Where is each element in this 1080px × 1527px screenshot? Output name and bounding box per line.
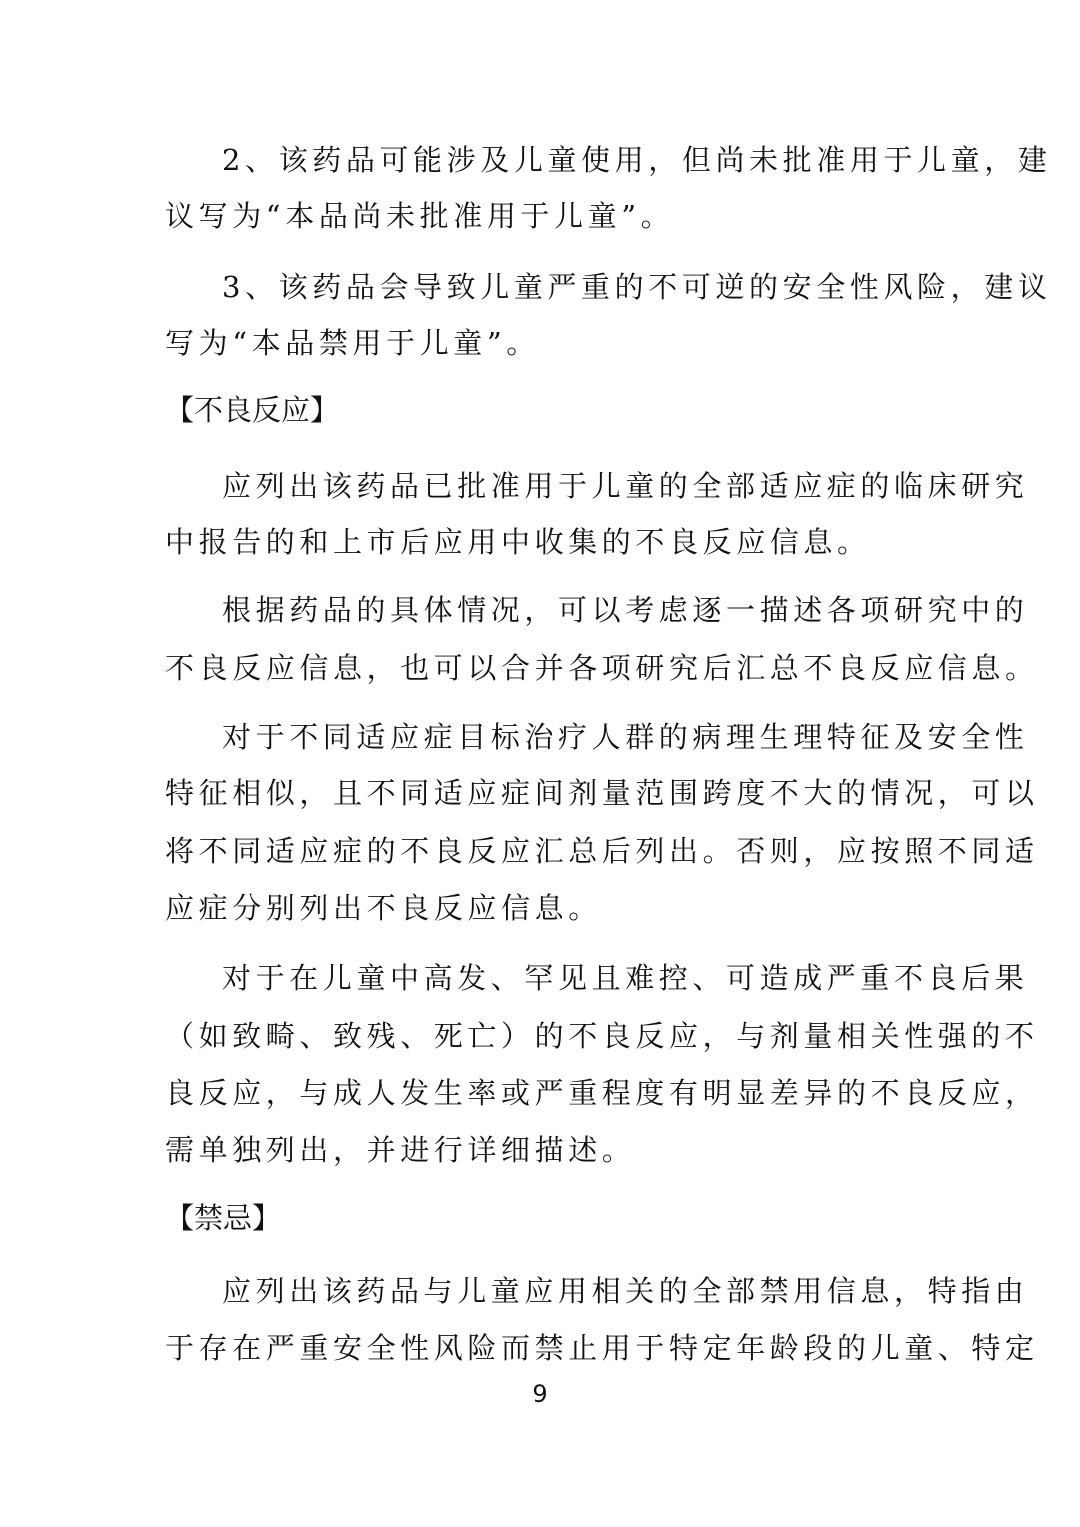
paragraph-contra-1-line-1: 应列出该药品与儿童应用相关的全部禁用信息，特指由 bbox=[222, 1271, 925, 1311]
paragraph-adverse-2-line-1: 根据药品的具体情况，可以考虑逐一描述各项研究中的 bbox=[222, 590, 925, 630]
section-heading-contraindications: 【禁忌】 bbox=[165, 1198, 925, 1238]
section-heading-adverse-reactions: 【不良反应】 bbox=[165, 390, 925, 430]
paragraph-contra-1-line-2: 于存在严重安全性风险而禁止用于特定年龄段的儿童、特定 bbox=[165, 1328, 925, 1368]
paragraph-adverse-3-line-1: 对于不同适应症目标治疗人群的病理生理特征及安全性 bbox=[222, 717, 925, 757]
paragraph-adverse-3-line-4: 应症分别列出不良反应信息。 bbox=[165, 888, 925, 928]
paragraph-item-3-line-2: 写为“本品禁用于儿童”。 bbox=[165, 323, 925, 363]
page-number: 9 bbox=[0, 1380, 1080, 1408]
paragraph-item-2-line-2: 议写为“本品尚未批准用于儿童”。 bbox=[165, 196, 925, 236]
paragraph-adverse-1-line-1: 应列出该药品已批准用于儿童的全部适应症的临床研究 bbox=[222, 466, 925, 506]
paragraph-adverse-4-line-1: 对于在儿童中高发、罕见且难控、可造成严重不良后果 bbox=[222, 958, 925, 998]
paragraph-adverse-2-line-2: 不良反应信息，也可以合并各项研究后汇总不良反应信息。 bbox=[165, 648, 925, 688]
paragraph-item-3-line-1: 3、该药品会导致儿童严重的不可逆的安全性风险，建议 bbox=[222, 267, 925, 307]
paragraph-item-2-line-1: 2、该药品可能涉及儿童使用，但尚未批准用于儿童，建 bbox=[222, 140, 925, 180]
paragraph-adverse-3-line-2: 特征相似，且不同适应症间剂量范围跨度不大的情况，可以 bbox=[165, 773, 925, 813]
paragraph-adverse-3-line-3: 将不同适应症的不良反应汇总后列出。否则，应按照不同适 bbox=[165, 831, 925, 871]
paragraph-adverse-4-line-2: （如致畸、致残、死亡）的不良反应，与剂量相关性强的不 bbox=[165, 1016, 925, 1056]
document-page: 2、该药品可能涉及儿童使用，但尚未批准用于儿童，建 议写为“本品尚未批准用于儿童… bbox=[0, 0, 1080, 1527]
paragraph-adverse-4-line-3: 良反应，与成人发生率或严重程度有明显差异的不良反应， bbox=[165, 1073, 925, 1113]
paragraph-adverse-1-line-2: 中报告的和上市后应用中收集的不良反应信息。 bbox=[165, 522, 925, 562]
paragraph-adverse-4-line-4: 需单独列出，并进行详细描述。 bbox=[165, 1130, 925, 1170]
